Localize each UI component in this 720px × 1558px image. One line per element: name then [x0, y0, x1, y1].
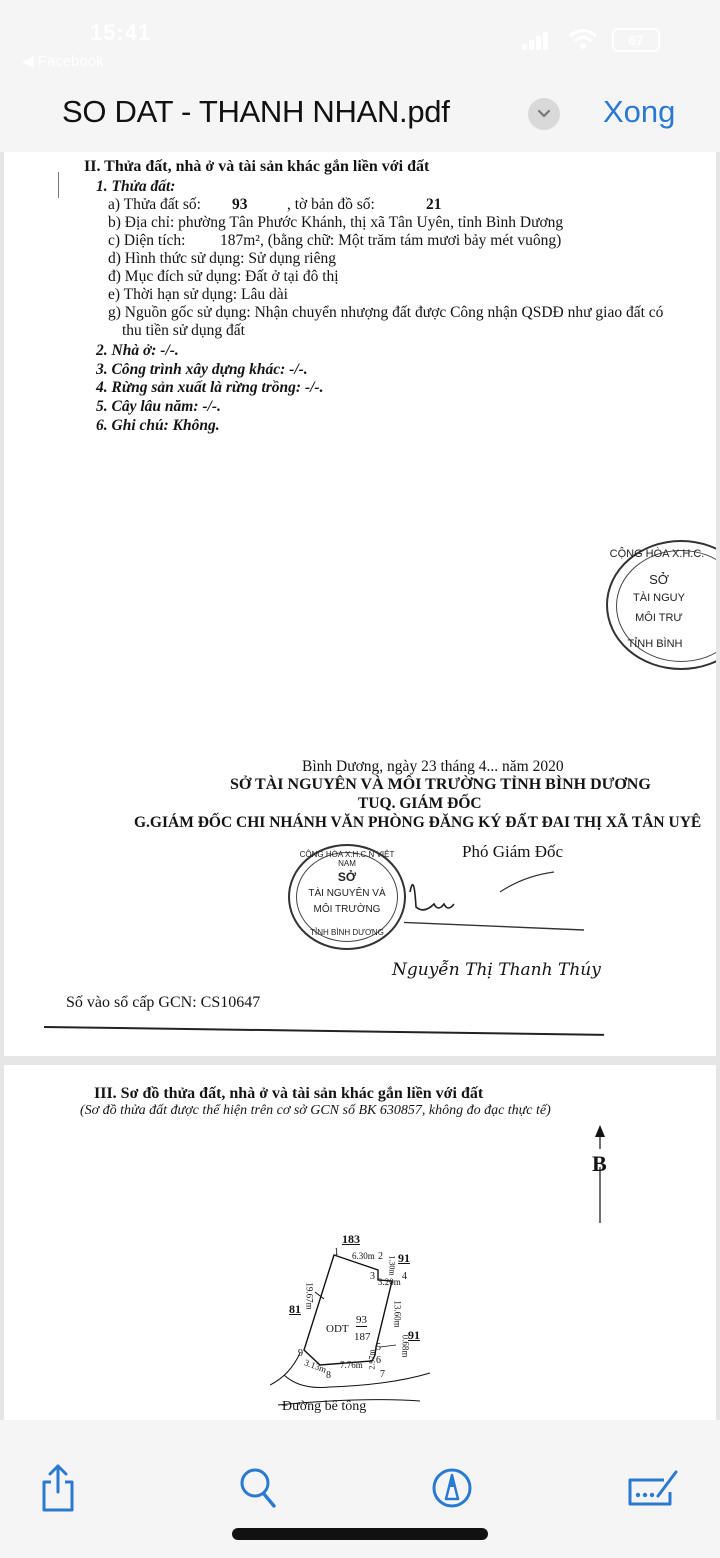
sign-button[interactable]: [626, 1464, 682, 1512]
map-sheet-value: 21: [426, 196, 442, 214]
official-seal: CỘNG HÒA X.H.C.N VIỆT NAM SỞ TÀI NGUYÊN …: [288, 844, 406, 950]
point-3: 3: [370, 1271, 375, 1282]
edge-4-5: 13.60m: [393, 1300, 403, 1327]
signal-icon: [522, 32, 550, 50]
pdf-page-1: II. Thửa đất, nhà ở và tài sản khác gắn …: [4, 152, 716, 1056]
margin-mark: [58, 172, 59, 198]
register-number: Số vào sổ cấp GCN: CS10647: [66, 994, 260, 1012]
point-6: 6: [376, 1355, 381, 1366]
markup-button[interactable]: [428, 1464, 476, 1512]
item-perennial-trees: 5. Cây lâu năm: -/-.: [96, 398, 221, 416]
document-title: SO DAT - THANH NHAN.pdf: [62, 94, 450, 130]
point-8: 8: [326, 1370, 331, 1381]
bottom-toolbar: [0, 1420, 720, 1558]
edge-1-2: 6.30m: [352, 1251, 375, 1261]
status-bar: 15:41 ◀ Facebook 87: [0, 0, 720, 80]
done-button[interactable]: Xong: [603, 94, 675, 130]
address-line: b) Địa chỉ: phường Tân Phước Khánh, thị …: [108, 214, 563, 232]
edge-7-8: 7.76m: [340, 1360, 363, 1370]
usage-term-line: e) Thời hạn sử dụng: Lâu dài: [108, 286, 288, 304]
road-label: Đường bê tông: [282, 1399, 366, 1415]
land-heading: 1. Thửa đất:: [96, 178, 175, 196]
share-button[interactable]: [34, 1464, 82, 1512]
edge-2-3: 1.30m: [388, 1255, 397, 1275]
back-to-app-link[interactable]: ◀ Facebook: [22, 52, 104, 70]
parcel-number: 93: [356, 1314, 367, 1327]
point-4: 4: [402, 1271, 407, 1282]
parcel-area: 187: [354, 1331, 371, 1343]
search-button[interactable]: [234, 1464, 282, 1512]
item-other-construction: 3. Công trình xây dựng khác: -/-.: [96, 361, 308, 379]
status-time: 15:41: [90, 20, 151, 46]
diagram-section-title: III. Sơ đồ thửa đất, nhà ở và tài sản kh…: [94, 1085, 483, 1103]
point-1: 1: [334, 1247, 339, 1258]
area-value: 187m², (bằng chữ: Một trăm tám mươi bảy …: [220, 232, 561, 250]
signature-mark: [404, 852, 594, 952]
agency-name: SỞ TÀI NGUYÊN VÀ MÔI TRƯỜNG TỈNH BÌNH DƯ…: [230, 776, 651, 794]
navigation-bar: SO DAT - THANH NHAN.pdf Xong: [0, 80, 720, 152]
edge-5-6: 0.68m: [400, 1335, 410, 1358]
point-5: 5: [376, 1342, 381, 1353]
map-sheet-label: , tờ bản đồ số:: [287, 196, 375, 214]
section-title: II. Thửa đất, nhà ở và tài sản khác gắn …: [84, 158, 429, 176]
title-menu-button[interactable]: [528, 98, 560, 130]
edge-9-1: 19.67m: [305, 1282, 315, 1309]
chevron-down-icon: [537, 109, 551, 119]
point-7: 7: [380, 1369, 385, 1380]
battery-icon: 87: [612, 28, 660, 52]
bottom-rule: [44, 1026, 604, 1036]
edge-6-7: 2.97m: [368, 1349, 377, 1369]
usage-purpose-line: đ) Mục đích sử dụng: Đất ở tại đô thị: [108, 268, 339, 286]
point-2: 2: [378, 1251, 383, 1262]
item-planted-forest: 4. Rừng sản xuất là rừng trồng: -/-.: [96, 379, 323, 397]
diagram-subtitle: (Sơ đồ thửa đất được thể hiện trên cơ sở…: [80, 1103, 551, 1119]
neighbor-left: 81: [289, 1302, 301, 1317]
usage-origin-line-1: g) Nguồn gốc sử dụng: Nhận chuyển nhượng…: [108, 304, 663, 322]
land-number-value: 93: [232, 196, 248, 214]
branch-line: G.GIÁM ĐỐC CHI NHÁNH VĂN PHÒNG ĐĂNG KÝ Đ…: [134, 814, 701, 832]
signature-icon: [626, 1468, 682, 1508]
edge-3-4: 3.20m: [378, 1277, 401, 1287]
area-label: c) Diện tích:: [108, 232, 185, 250]
date-line: Bình Dương, ngày 23 tháng 4... năm 2020: [302, 758, 564, 776]
usage-form-line: d) Hình thức sử dụng: Sử dụng riêng: [108, 250, 336, 268]
neighbor-top: 183: [342, 1232, 360, 1247]
land-type-code: ODT: [326, 1323, 349, 1335]
signer-name: Nguyễn Thị Thanh Thúy: [392, 960, 601, 980]
point-9: 9: [298, 1348, 303, 1359]
tuq-line: TUQ. GIÁM ĐỐC: [358, 795, 482, 813]
item-house: 2. Nhà ở: -/-.: [96, 342, 179, 360]
usage-origin-line-2: thu tiền sử dụng đất: [122, 322, 245, 340]
seal-partial: CỘNG HÒA X.H.C. SỞ TÀI NGUY MÔI TRƯ TỈNH…: [606, 540, 720, 670]
search-icon: [238, 1466, 278, 1510]
markup-pen-icon: [431, 1467, 473, 1509]
neighbor-right-top: 91: [398, 1251, 410, 1266]
share-icon: [38, 1464, 78, 1512]
land-number-label: a) Thửa đất số:: [108, 196, 201, 214]
wifi-icon: [568, 28, 598, 50]
item-notes: 6. Ghi chú: Không.: [96, 417, 220, 435]
pdf-page-2: III. Sơ đồ thửa đất, nhà ở và tài sản kh…: [4, 1065, 716, 1420]
north-label: B: [592, 1151, 607, 1177]
pdf-viewer[interactable]: II. Thửa đất, nhà ở và tài sản khác gắn …: [0, 152, 720, 1420]
home-indicator[interactable]: [232, 1528, 488, 1540]
